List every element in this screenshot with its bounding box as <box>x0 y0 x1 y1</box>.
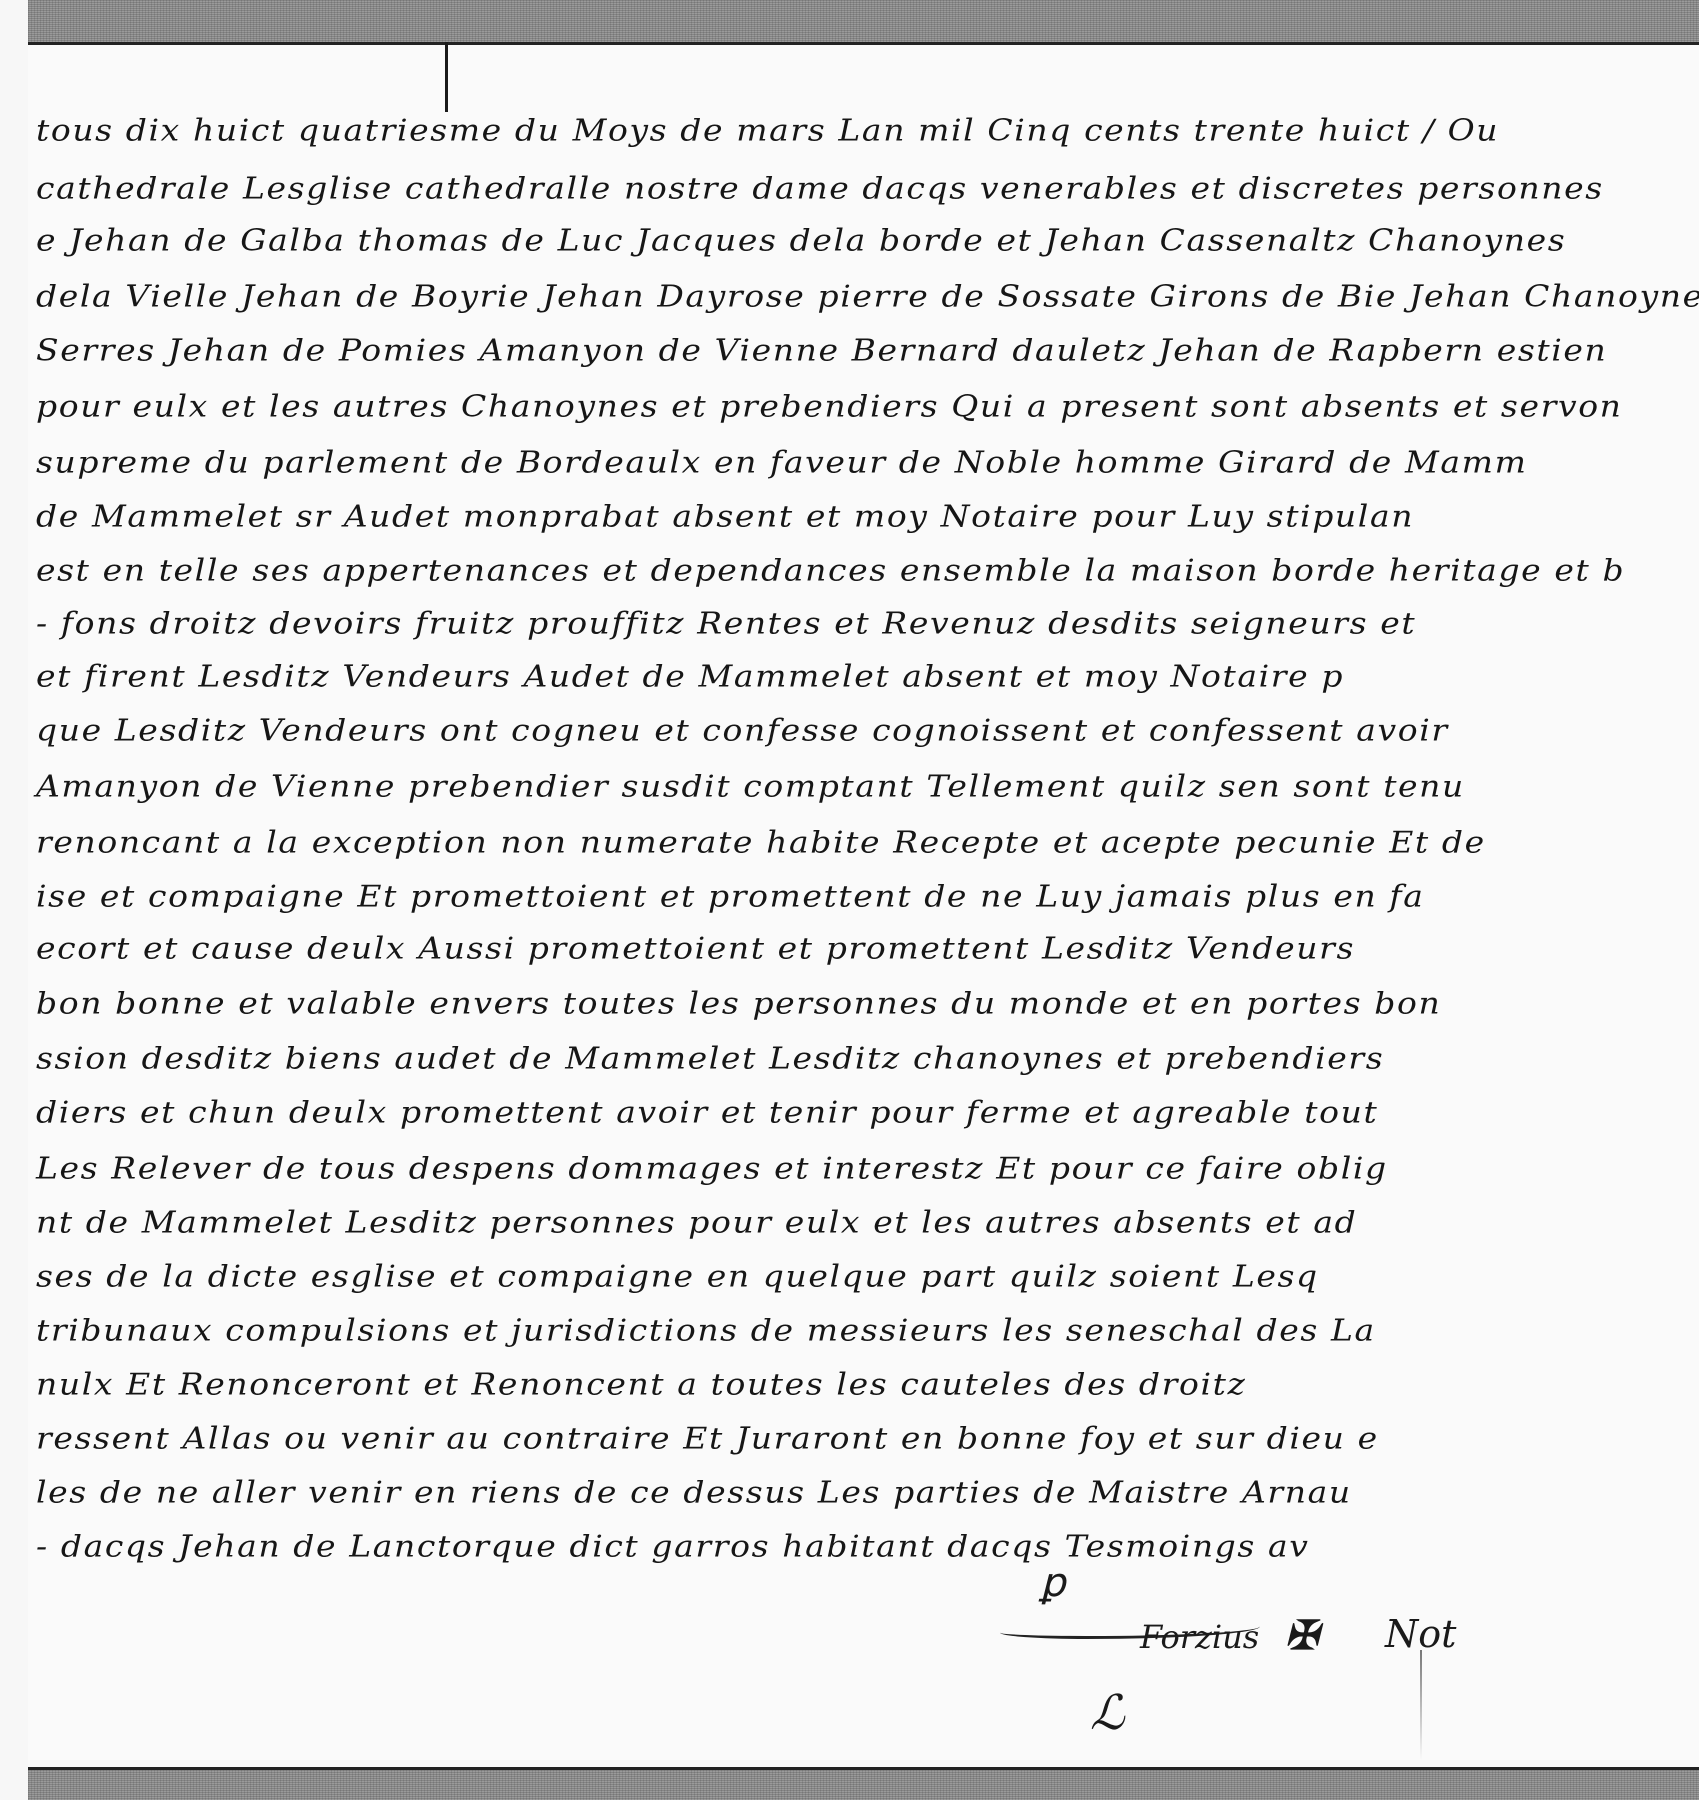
manuscript-line: tribunaux compulsions et jurisdictions d… <box>36 1312 1376 1348</box>
manuscript-line: e Jehan de Galba thomas de Luc Jacques d… <box>36 222 1566 258</box>
manuscript-line: dela Vielle Jehan de Boyrie Jehan Dayros… <box>36 278 1699 314</box>
scan-margin-strip <box>0 0 29 1800</box>
notary-paraph-mark: ꝑ <box>1040 1560 1065 1606</box>
manuscript-line: ses de la dicte esglise et compaigne en … <box>36 1258 1319 1294</box>
manuscript-line: ressent Allas ou venir au contraire Et J… <box>36 1420 1379 1456</box>
notary-signature-name: Forzius <box>1140 1618 1259 1656</box>
manuscript-line: de Mammelet sr Audet monprabat absent et… <box>36 498 1414 534</box>
manuscript-line: que Lesditz Vendeurs ont cogneu et confe… <box>36 712 1449 748</box>
manuscript-line: renoncant a la exception non numerate ha… <box>36 824 1486 860</box>
manuscript-line: diers et chun deulx promettent avoir et … <box>36 1094 1378 1130</box>
manuscript-line: - fons droitz devoirs fruitz prouffitz R… <box>36 605 1416 641</box>
manuscript-line: cathedrale Lesglise cathedralle nostre d… <box>36 170 1604 206</box>
manuscript-line: Amanyon de Vienne prebendier susdit comp… <box>36 768 1465 804</box>
manuscript-line: - dacqs Jehan de Lanctorque dict garros … <box>36 1528 1310 1564</box>
manuscript-line: nulx Et Renonceront et Renoncent a toute… <box>36 1366 1246 1402</box>
signature-loop-flourish: ℒ <box>1090 1685 1125 1741</box>
manuscript-line: ise et compaigne Et promettoient et prom… <box>36 878 1425 914</box>
notary-cross-mark: ✠ <box>1285 1612 1319 1659</box>
page-fold-line-bottom <box>1420 1650 1422 1760</box>
manuscript-line: ssion desditz biens audet de Mammelet Le… <box>36 1040 1384 1076</box>
manuscript-line: ecort et cause deulx Aussi promettoient … <box>36 930 1355 966</box>
manuscript-line: supreme du parlement de Bordeaulx en fav… <box>36 444 1527 480</box>
scanner-background-top <box>28 0 1699 45</box>
manuscript-line: nt de Mammelet Lesditz personnes pour eu… <box>36 1204 1357 1240</box>
manuscript-line: les de ne aller venir en riens de ce des… <box>36 1474 1352 1510</box>
manuscript-line: Les Relever de tous despens dommages et … <box>36 1150 1388 1186</box>
manuscript-line: tous dix huict quatriesme du Moys de mar… <box>36 112 1499 148</box>
manuscript-line: pour eulx et les autres Chanoynes et pre… <box>36 388 1623 424</box>
manuscript-line: est en telle ses appertenances et depend… <box>36 552 1625 588</box>
scanner-background-bottom <box>28 1767 1699 1800</box>
notary-title-abbrev: Not <box>1385 1612 1456 1656</box>
manuscript-line: Serres Jehan de Pomies Amanyon de Vienne… <box>36 332 1607 368</box>
manuscript-line: bon bonne et valable envers toutes les p… <box>36 985 1441 1021</box>
manuscript-line: et firent Lesditz Vendeurs Audet de Mamm… <box>36 658 1344 694</box>
page-fold-line <box>445 42 448 112</box>
